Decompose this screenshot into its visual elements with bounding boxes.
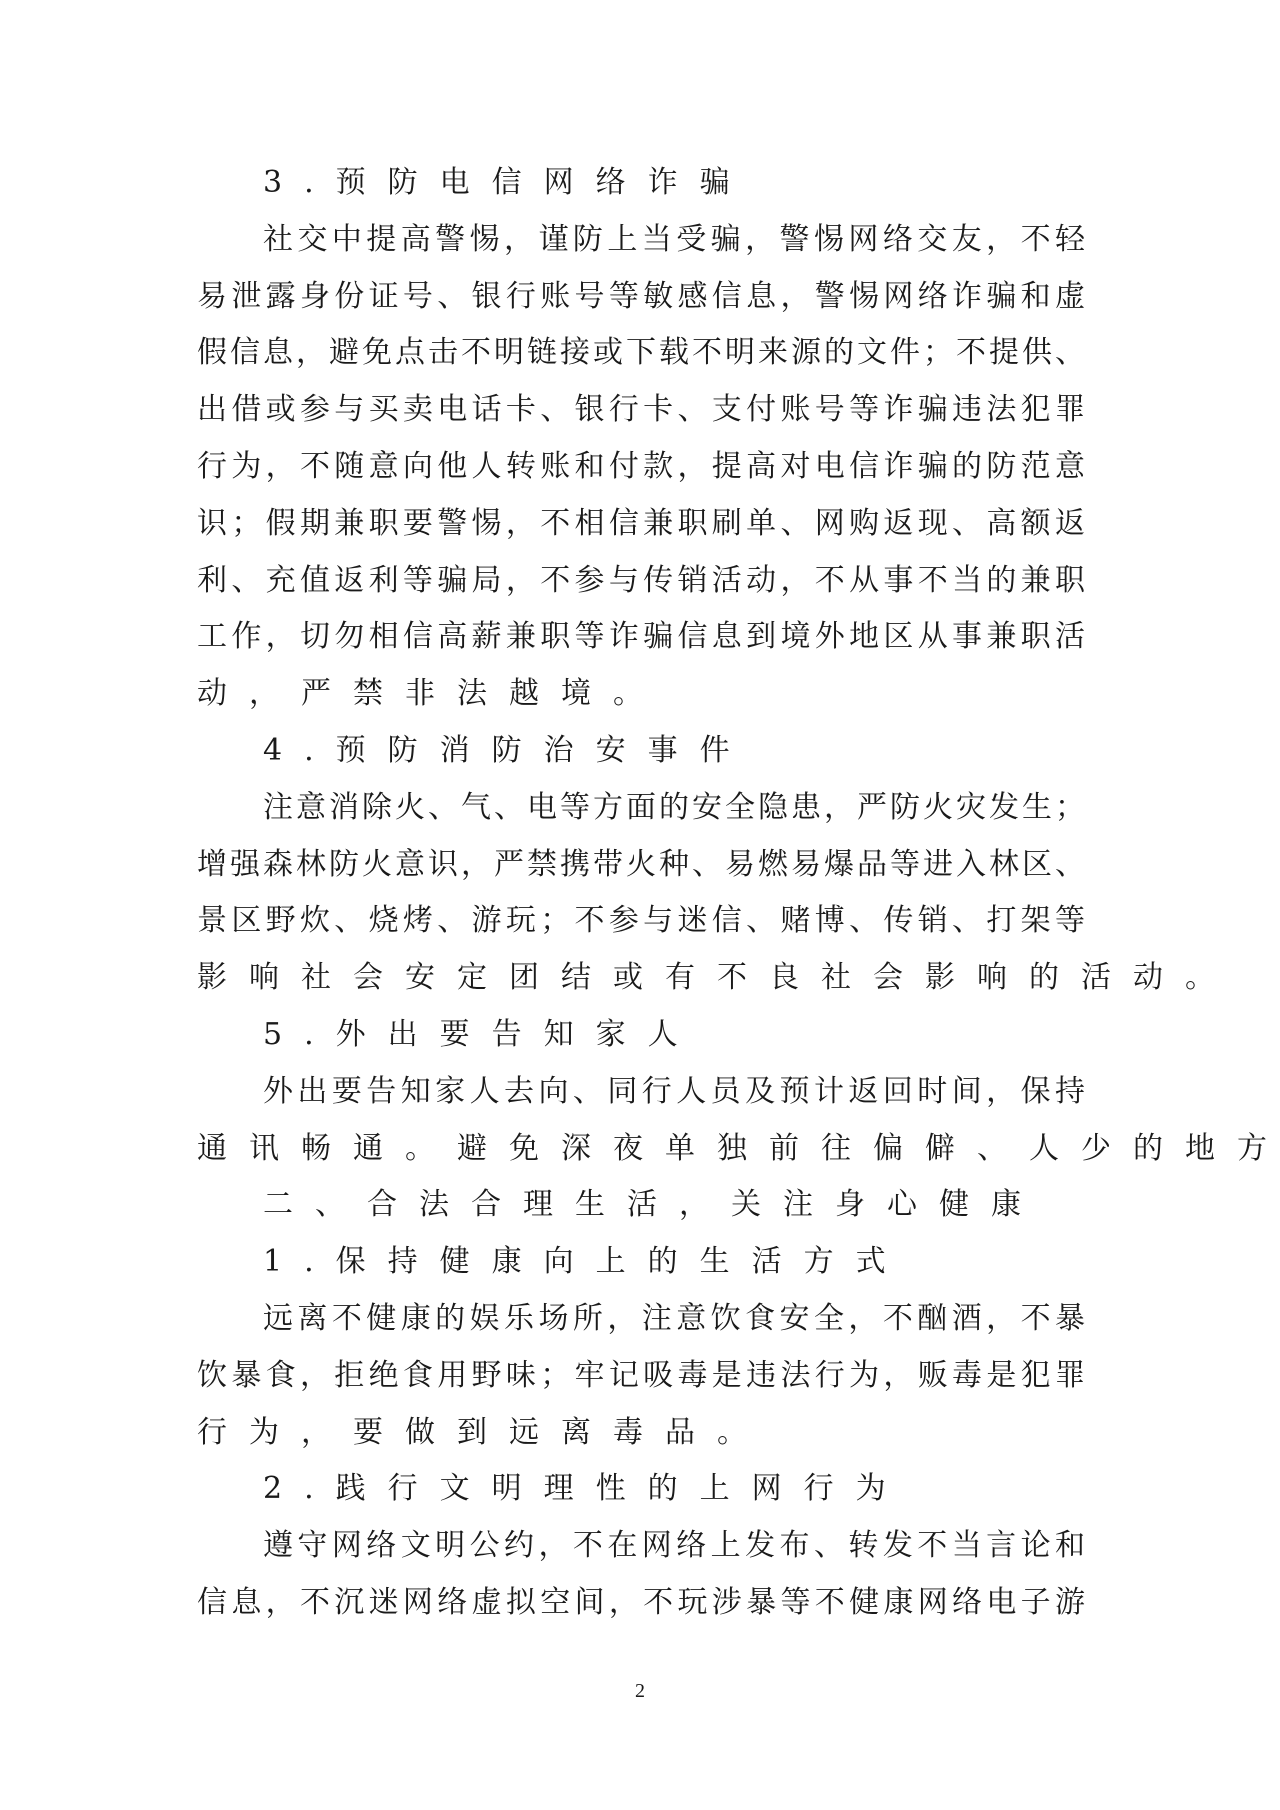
paragraph-line: 行为，要做到远离毒品。 — [197, 1405, 1085, 1462]
paragraph-line: 注意消除火、气、电等方面的安全隐患，严防火灾发生； — [197, 780, 1085, 837]
chapter-heading-2-healthy-living: 二、合法合理生活，关注身心健康 — [197, 1177, 1085, 1234]
paragraph-line: 社交中提高警惕，谨防上当受骗，警惕网络交友，不轻 — [197, 212, 1085, 269]
document-page: 3.预防电信网络诈骗 社交中提高警惕，谨防上当受骗，警惕网络交友，不轻 易泄露身… — [0, 0, 1280, 1810]
paragraph-line: 增强森林防火意识，严禁携带火种、易燃易爆品等进入林区、 — [197, 837, 1085, 894]
paragraph-line: 远离不健康的娱乐场所，注意饮食安全，不酗酒，不暴 — [197, 1291, 1085, 1348]
section-heading-5-inform-family: 5.外出要告知家人 — [197, 1007, 1085, 1064]
paragraph-line: 识；假期兼职要警惕，不相信兼职刷单、网购返现、高额返 — [197, 496, 1085, 553]
paragraph-line: 工作，切勿相信高薪兼职等诈骗信息到境外地区从事兼职活 — [197, 609, 1085, 666]
paragraph-line: 利、充值返利等骗局，不参与传销活动，不从事不当的兼职 — [197, 553, 1085, 610]
paragraph-line: 信息，不沉迷网络虚拟空间，不玩涉暴等不健康网络电子游 — [197, 1575, 1085, 1632]
paragraph-line: 外出要告知家人去向、同行人员及预计返回时间，保持 — [197, 1064, 1085, 1121]
paragraph-line: 易泄露身份证号、银行账号等敏感信息，警惕网络诈骗和虚 — [197, 269, 1085, 326]
paragraph-line: 饮暴食，拒绝食用野味；牢记吸毒是违法行为，贩毒是犯罪 — [197, 1348, 1085, 1405]
paragraph-line: 假信息，避免点击不明链接或下载不明来源的文件；不提供、 — [197, 325, 1085, 382]
paragraph-line: 景区野炊、烧烤、游玩；不参与迷信、赌博、传销、打架等 — [197, 893, 1085, 950]
section-heading-1-healthy-lifestyle: 1.保持健康向上的生活方式 — [197, 1234, 1085, 1291]
paragraph-line: 影响社会安定团结或有不良社会影响的活动。 — [197, 950, 1085, 1007]
section-heading-3-telecom-fraud: 3.预防电信网络诈骗 — [197, 155, 1085, 212]
paragraph-line: 遵守网络文明公约，不在网络上发布、转发不当言论和 — [197, 1518, 1085, 1575]
page-number: 2 — [0, 1680, 1280, 1703]
section-heading-4-fire-safety: 4.预防消防治安事件 — [197, 723, 1085, 780]
document-body: 3.预防电信网络诈骗 社交中提高警惕，谨防上当受骗，警惕网络交友，不轻 易泄露身… — [197, 155, 1085, 1632]
paragraph-line: 通讯畅通。避免深夜单独前往偏僻、人少的地方。 — [197, 1121, 1085, 1178]
paragraph-line: 出借或参与买卖电话卡、银行卡、支付账号等诈骗违法犯罪 — [197, 382, 1085, 439]
paragraph-line: 动，严禁非法越境。 — [197, 666, 1085, 723]
paragraph-line: 行为，不随意向他人转账和付款，提高对电信诈骗的防范意 — [197, 439, 1085, 496]
section-heading-2-civil-internet: 2.践行文明理性的上网行为 — [197, 1461, 1085, 1518]
